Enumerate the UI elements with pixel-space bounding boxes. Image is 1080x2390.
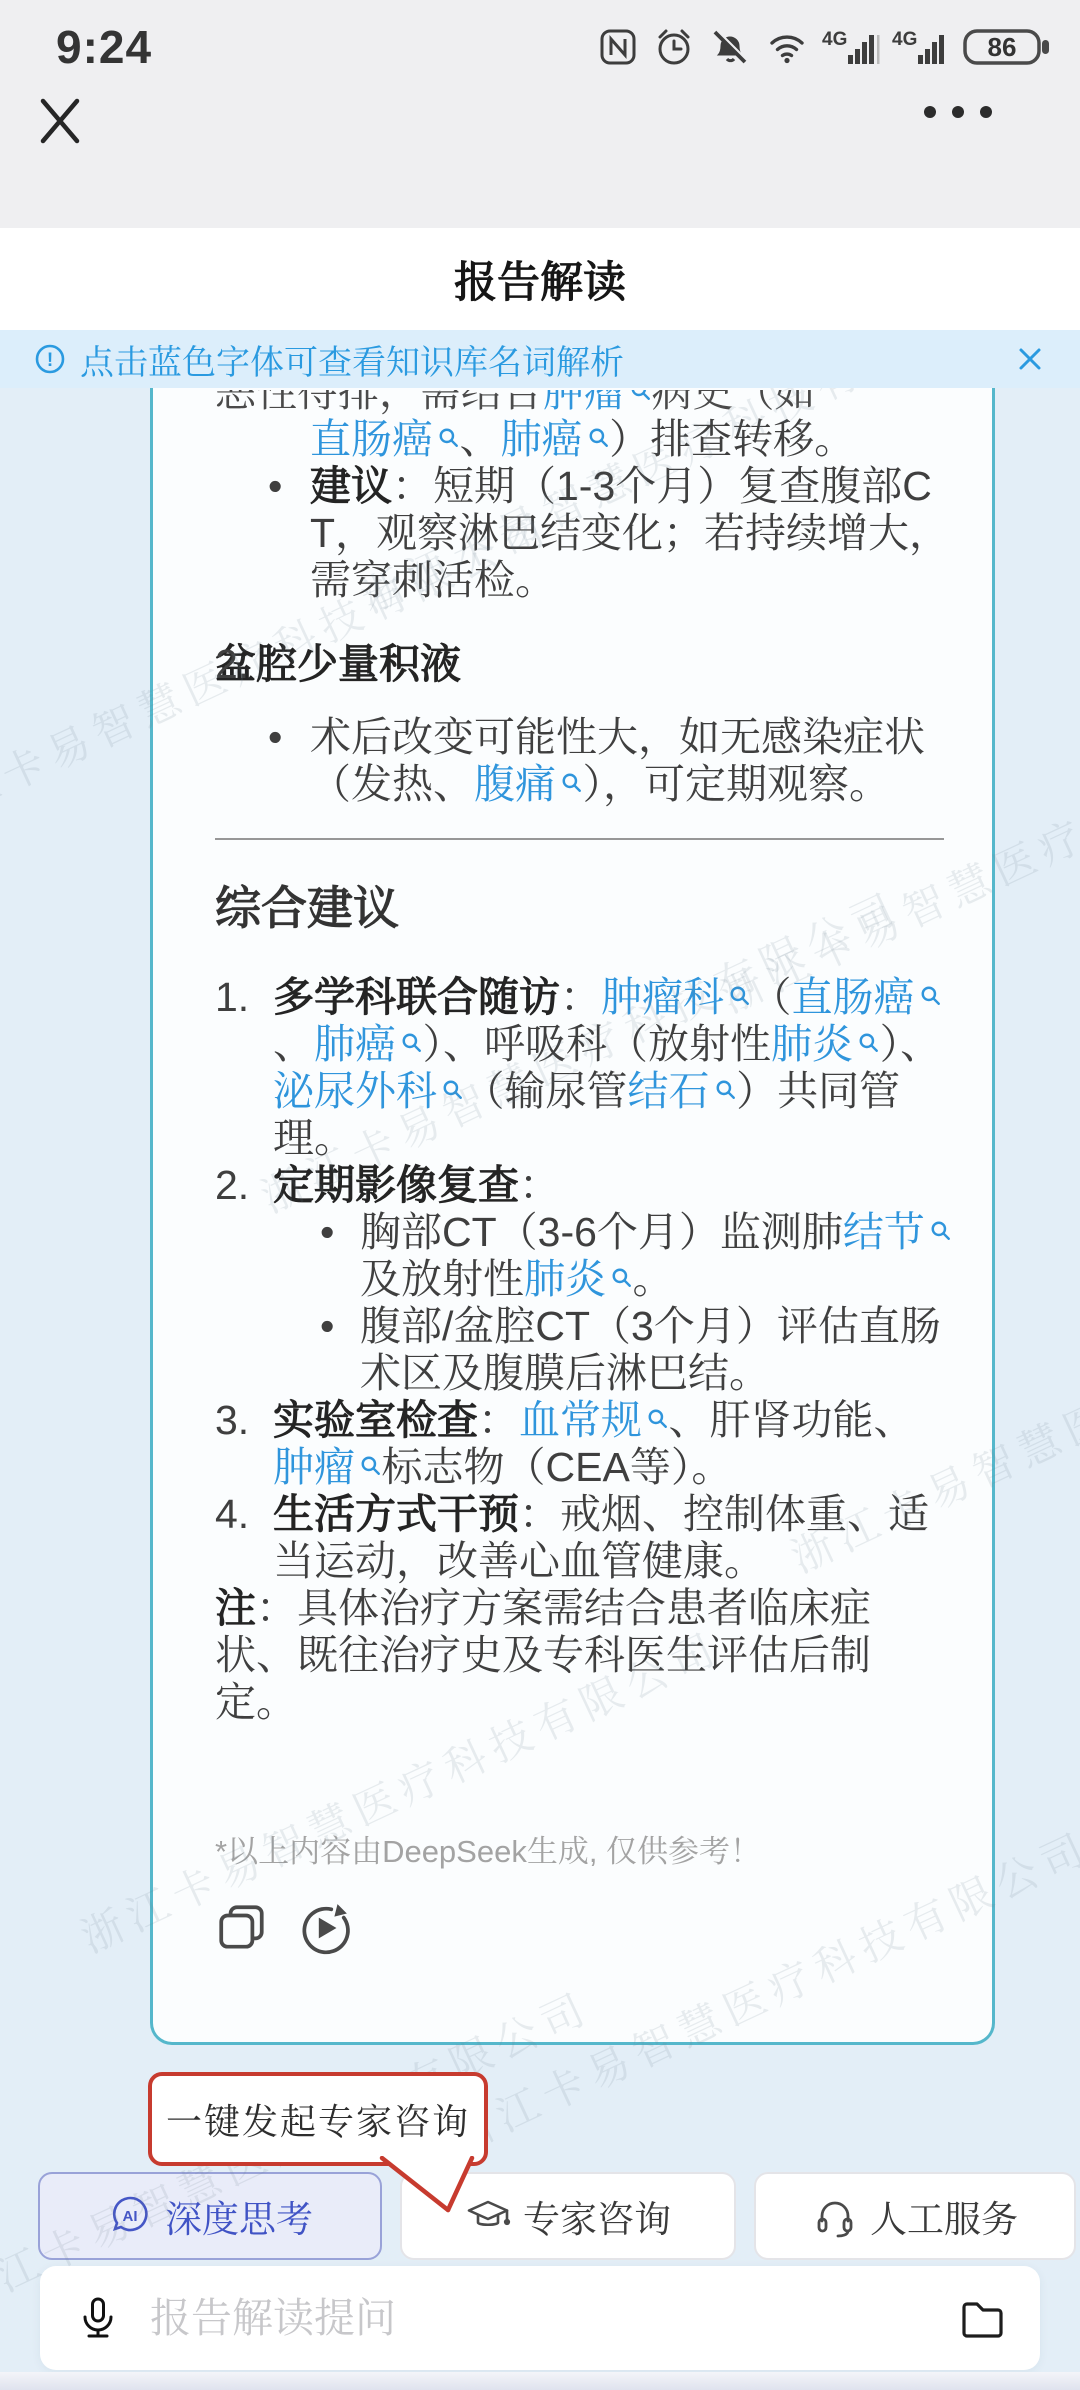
item-number: 4. [215, 1491, 249, 1538]
section-subheading: 2.盆腔少量积液 [215, 640, 952, 688]
bold-text: 建议 [310, 463, 392, 509]
bottom-strip [0, 2372, 1080, 2390]
question-input[interactable] [148, 2294, 956, 2343]
report-bullet: •建议：短期（1-3个月）复查腹部CT，观察淋巴结变化；若持续增大，需穿刺活检。 [215, 463, 952, 604]
bold-text: 多学科联合随访 [273, 974, 560, 1020]
wifi-icon [764, 25, 810, 69]
note-paragraph: 注：具体治疗方案需结合患者临床症状、既往治疗史及专科医生评估后制定。 [215, 1585, 952, 1726]
kb-term-link[interactable]: 肿瘤 [543, 390, 652, 415]
notice-banner: ! 点击蓝色字体可查看知识库名词解析 [0, 330, 1080, 388]
bold-text: 定期影像复查 [273, 1162, 519, 1208]
kb-term-link[interactable]: 血常规 [519, 1397, 669, 1443]
info-icon: ! [34, 343, 66, 375]
report-content: 恶性待排，需结合肿瘤病史（如直肠癌、肺癌）排查转移。•建议：短期（1-3个月）复… [215, 390, 952, 1726]
bold-text: 实验室检查 [273, 1397, 478, 1443]
numbered-item: 2.定期影像复查： [215, 1162, 952, 1209]
banner-close-icon[interactable] [1014, 343, 1046, 375]
battery-percent: 86 [988, 32, 1017, 62]
kb-term-link[interactable]: 肿瘤 [273, 1444, 382, 1490]
expert-tooltip: 一键发起专家咨询 [148, 2072, 488, 2166]
divider [215, 838, 944, 840]
svg-text:4G: 4G [822, 29, 847, 50]
bold-text: 生活方式干预 [273, 1491, 519, 1537]
numbered-item: 1.多学科联合随访：肿瘤科（直肠癌、肺癌）、呼吸科（放射性肺炎）、泌尿外科（输尿… [215, 974, 952, 1162]
human-service-label: 人工服务 [870, 2189, 1018, 2243]
nav-row [0, 88, 1080, 158]
bullet-dot: • [320, 1303, 334, 1350]
bullet-dot: • [320, 1209, 334, 1256]
report-bullet: •术后改变可能性大，如无感染症状（发热、腹痛），可定期观察。 [215, 714, 952, 808]
signal-4g-2: 4G [892, 25, 950, 69]
nfc-icon [596, 25, 640, 69]
headset-icon [812, 2193, 858, 2239]
bell-muted-icon [708, 25, 752, 69]
report-line-clipped: 恶性待排，需结合肿瘤病史（如 [215, 390, 952, 416]
report-bullet: •胸部CT（3-6个月）监测肺结节及放射性肺炎。 [215, 1209, 952, 1303]
section-heading: 综合建议 [215, 880, 952, 936]
ai-head-icon: AI [107, 2193, 153, 2239]
copy-icon[interactable] [215, 1901, 269, 1955]
more-menu-icon[interactable] [924, 106, 992, 118]
kb-term-link[interactable]: 腹痛 [474, 761, 583, 807]
item-number: 1. [215, 974, 249, 1021]
subheading-text: 盆腔少量积液 [215, 641, 461, 687]
tooltip-tail [368, 2156, 488, 2218]
kb-term-link[interactable]: 肺炎 [771, 1021, 880, 1067]
folder-icon[interactable] [956, 2294, 1006, 2342]
item-number: 3. [215, 1397, 249, 1444]
notice-text: 点击蓝色字体可查看知识库名词解析 [80, 335, 1014, 384]
title-bar: 报告解读 [0, 228, 1080, 330]
svg-text:AI: AI [123, 2208, 138, 2225]
kb-term-link[interactable]: 泌尿外科 [273, 1068, 464, 1114]
human-service-button[interactable]: 人工服务 [754, 2172, 1076, 2260]
deep-think-label: 深度思考 [165, 2189, 313, 2243]
status-icons: 4G 4G 86 [596, 24, 1052, 70]
question-input-bar [40, 2266, 1040, 2370]
deep-think-button[interactable]: AI 深度思考 [38, 2172, 382, 2260]
expert-consult-label: 专家咨询 [523, 2189, 671, 2243]
report-line: 恶性待排，需结合肿瘤病史（如 [215, 390, 952, 416]
signal-4g-1: 4G [822, 25, 880, 69]
kb-term-link[interactable]: 肿瘤科 [601, 974, 751, 1020]
item-number: 2. [215, 640, 249, 688]
svg-text:4G: 4G [892, 29, 917, 50]
numbered-item: 3.实验室检查：血常规、肝肾功能、肿瘤标志物（CEA等）。 [215, 1397, 952, 1491]
item-number: 2. [215, 1162, 249, 1209]
report-card: 恶性待排，需结合肿瘤病史（如直肠癌、肺癌）排查转移。•建议：短期（1-3个月）复… [150, 344, 995, 2045]
alarm-icon [652, 25, 696, 69]
kb-term-link[interactable]: 结节 [843, 1209, 952, 1255]
bold-text: 注 [215, 1585, 256, 1631]
numbered-item: 4.生活方式干预：戒烟、控制体重、适当运动，改善心血管健康。 [215, 1491, 952, 1585]
kb-term-link[interactable]: 结石 [628, 1068, 737, 1114]
kb-term-link[interactable]: 肺癌 [314, 1021, 423, 1067]
close-icon[interactable] [34, 94, 86, 146]
page-title: 报告解读 [454, 249, 626, 310]
status-nav-area: 9:24 4G [0, 0, 1080, 228]
ai-disclaimer: *以上内容由DeepSeek生成, 仅供参考！ [215, 1826, 952, 1871]
kb-term-link[interactable]: 直肠癌 [792, 974, 942, 1020]
report-line: 直肠癌、肺癌）排查转移。 [215, 416, 952, 463]
read-aloud-icon[interactable] [297, 1901, 351, 1955]
svg-text:!: ! [47, 350, 53, 371]
expert-tooltip-text: 一键发起专家咨询 [166, 2094, 470, 2145]
report-bullet: •腹部/盆腔CT（3个月）评估直肠术区及腹膜后淋巴结。 [215, 1303, 952, 1397]
bullet-dot: • [268, 714, 282, 761]
microphone-icon[interactable] [74, 2294, 122, 2342]
clock: 9:24 [56, 20, 152, 74]
kb-term-link[interactable]: 直肠癌 [310, 416, 460, 462]
kb-term-link[interactable]: 肺癌 [501, 416, 610, 462]
kb-term-link[interactable]: 肺炎 [524, 1256, 633, 1302]
bullet-dot: • [268, 463, 282, 510]
battery-icon: 86 [962, 24, 1052, 70]
